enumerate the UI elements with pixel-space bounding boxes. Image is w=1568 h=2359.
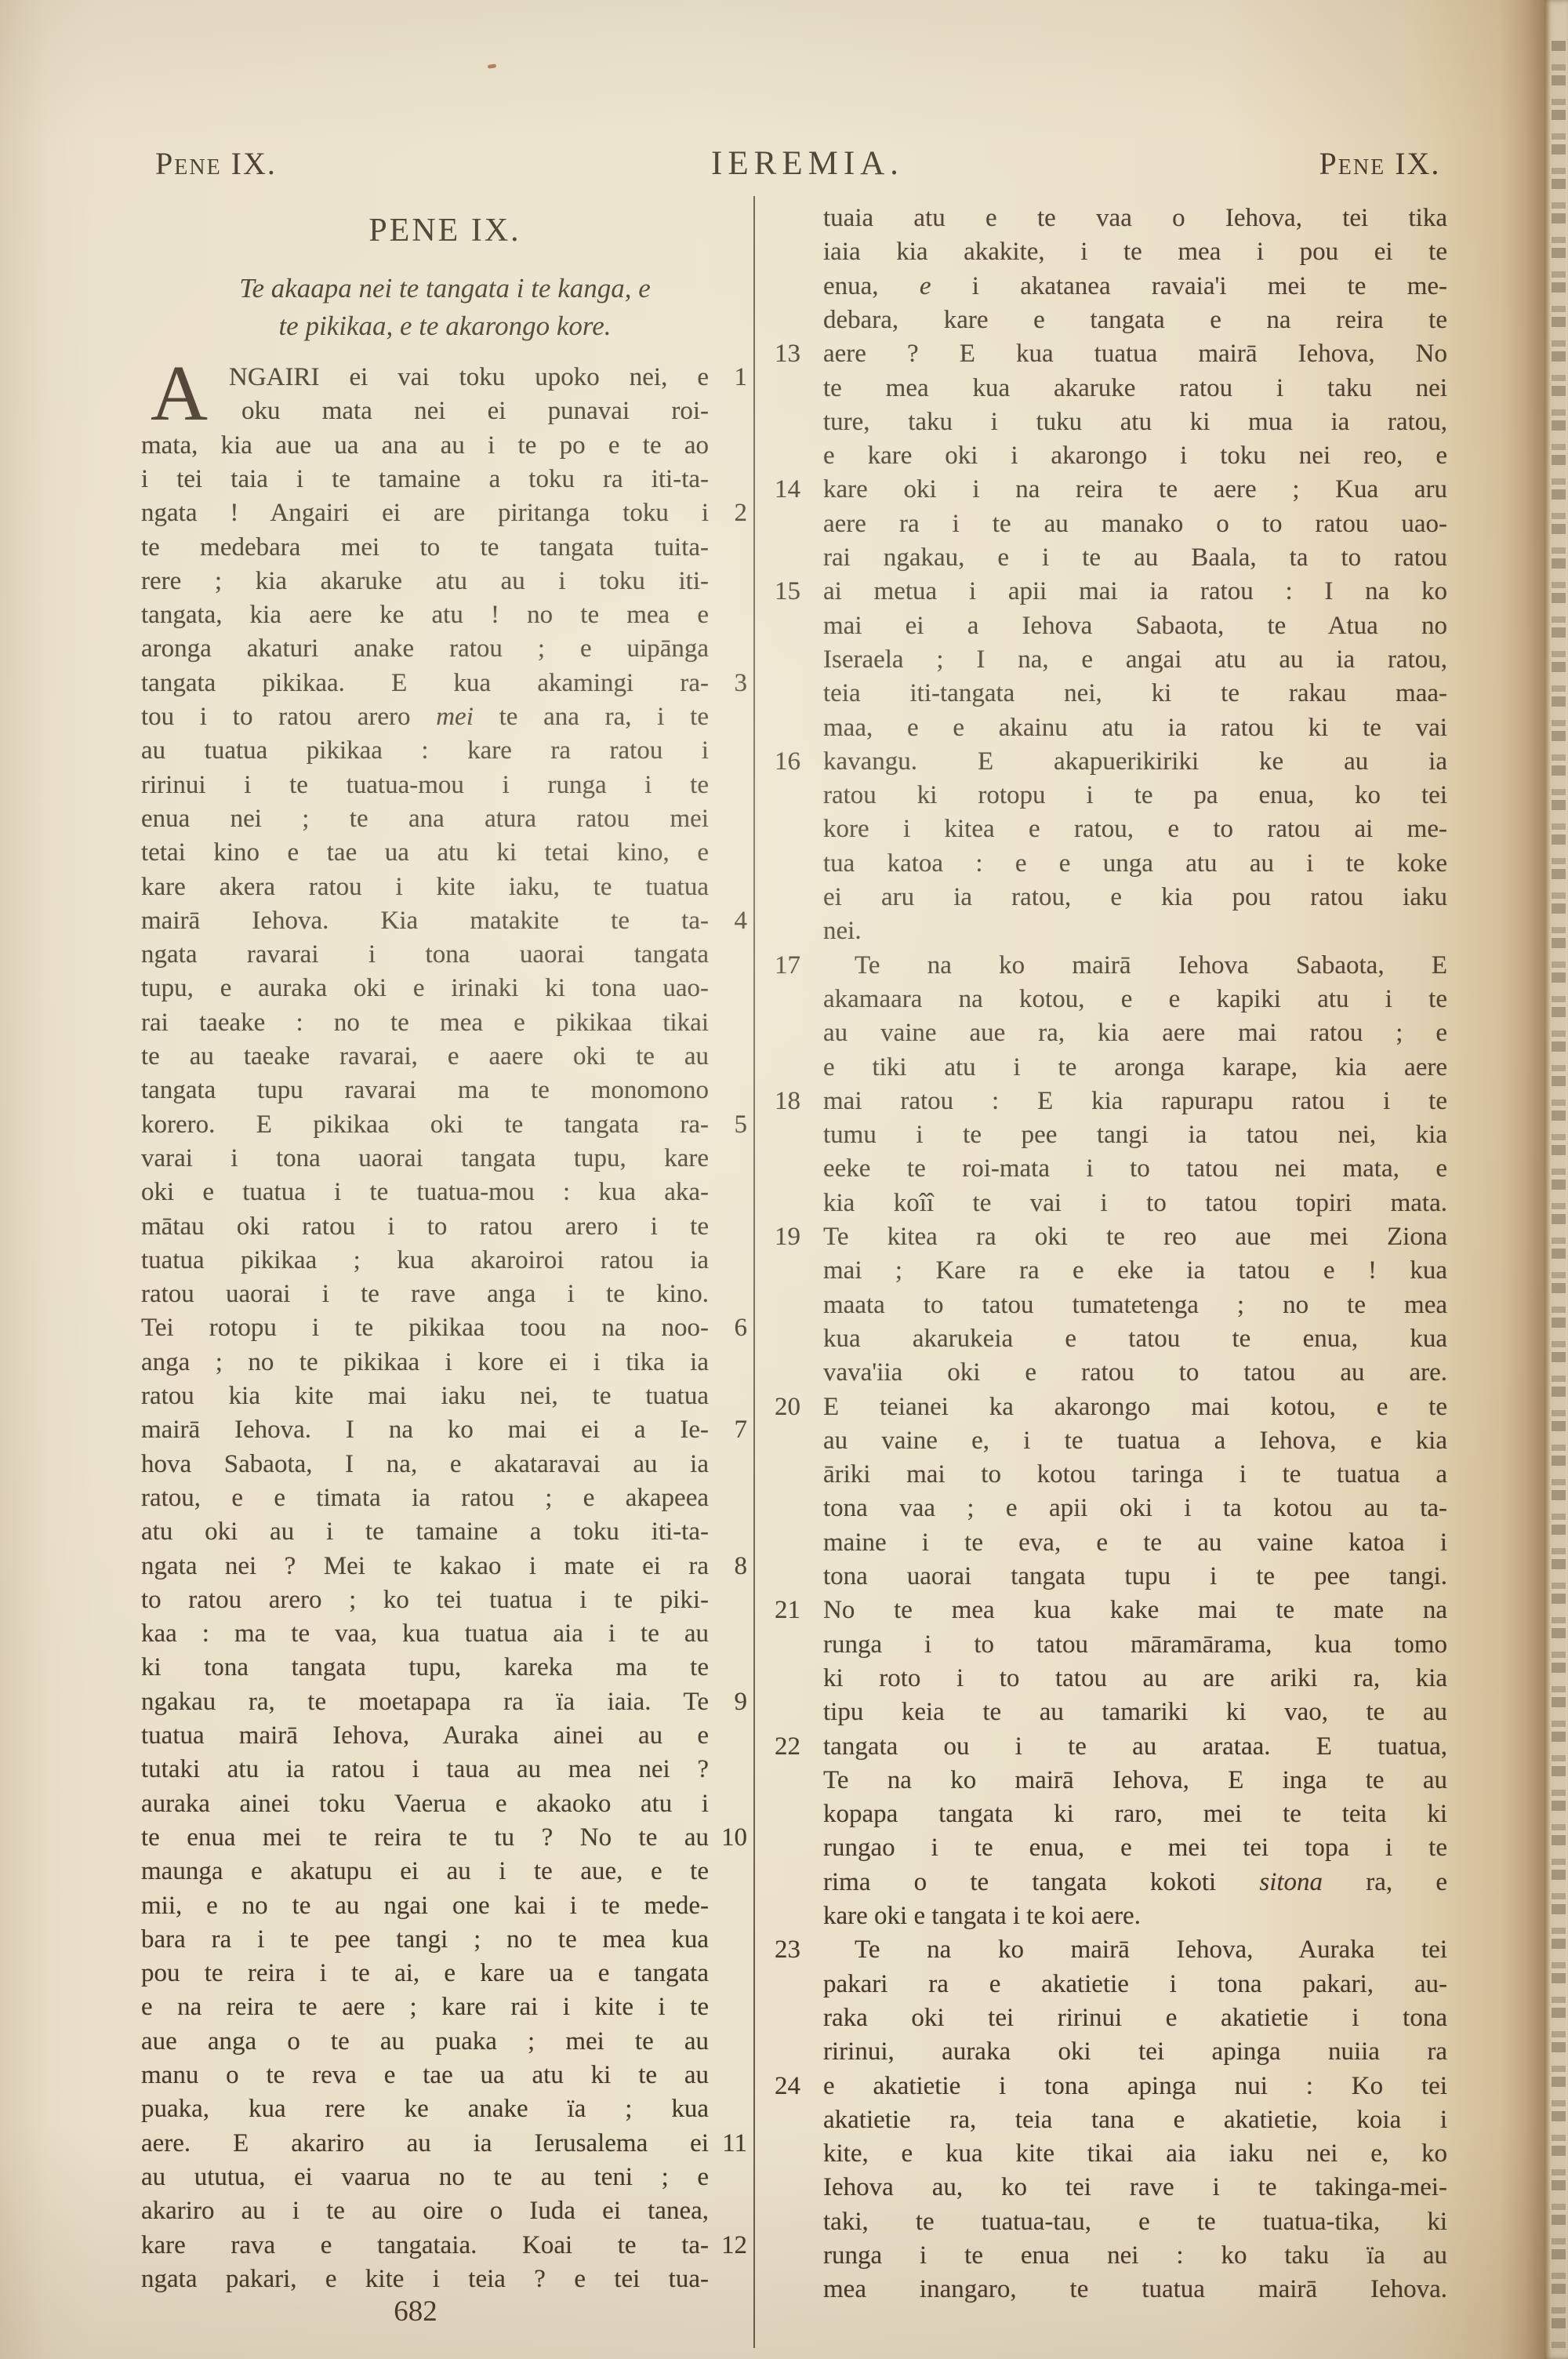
verse-text: akamaara na kotou, e e kapiki atu i te <box>823 983 1447 1016</box>
verse-text: kavangu. E akapuerikiriki ke au ia <box>823 745 1447 779</box>
verse-text: tumu i te pee tangi ia tatou nei, kia <box>823 1118 1447 1152</box>
paper-fleck <box>488 64 497 68</box>
text-line: akariro au i te au oire o Iuda ei tanea, <box>141 2194 749 2229</box>
verse-text: āriki mai to kotou taringa i te tuatua a <box>823 1458 1447 1492</box>
running-header-right: Pene IX. <box>1278 146 1482 182</box>
verse-text: rungao i te enua, e mei tei topa i te <box>823 1831 1447 1865</box>
verse-text: hova Sabaota, I na, e akataravai au ia <box>141 1448 709 1481</box>
verse-text: ngata pakari, e kite i teia ? e tei tua- <box>141 2263 709 2296</box>
text-line: ratou uaorai i te rave anga i te kino. <box>141 1278 749 1312</box>
page-curl-shadow <box>1499 0 1546 2359</box>
verse-text: mairā Iehova. I na ko mai ei a Ie- <box>141 1413 709 1447</box>
verse-text: ki tona tangata tupu, kareka ma te <box>141 1651 709 1685</box>
verse-text: oku mata nei ei punavai roi- <box>141 394 709 428</box>
verse-text: kore i kitea e ratou, e to ratou ai me- <box>823 812 1447 846</box>
text-line: tuaia atu e te vaa o Iehova, tei tika <box>775 202 1450 236</box>
text-line: tupu, e auraka oki e irinaki ki tona uao… <box>141 972 749 1006</box>
verse-text: oki e tuatua i te tuatua-mou : kua aka- <box>141 1176 709 1209</box>
text-line: 3tangata pikikaa. E kua akamingi ra- <box>141 667 749 701</box>
text-line: pakari ra e akatietie i tona pakari, au- <box>775 1968 1450 2002</box>
verse-number: 9 <box>735 1685 748 1719</box>
verse-number: 8 <box>735 1550 748 1583</box>
text-line: varai i tona uaorai tangata tupu, kare <box>141 1142 749 1176</box>
verse-text: pou te reira i te ai, e kare ua e tangat… <box>141 1957 709 1990</box>
verse-text: tona uaorai tangata tupu i te pee tangi. <box>823 1560 1447 1594</box>
verse-text: rai taeake : no te mea e pikikaa tikai <box>141 1006 709 1040</box>
text-line: āriki mai to kotou taringa i te tuatua a <box>775 1458 1450 1492</box>
verse-text: tona vaa ; e apii oki i ta kotou au ta- <box>823 1492 1447 1525</box>
text-line: 15ai metua i apii mai ia ratou : I na ko <box>775 575 1450 609</box>
verse-text: kare oki e tangata i te koi aere. <box>823 1899 1447 1933</box>
verse-text: Tei rotopu i te pikikaa toou na noo- <box>141 1311 709 1345</box>
text-line: ratou kia kite mai iaku nei, te tuatua <box>141 1379 749 1414</box>
text-line: tuatua pikikaa ; kua akaroiroi ratou ia <box>141 1244 749 1278</box>
verse-text: mairā Iehova. Kia matakite te ta- <box>141 904 709 938</box>
text-line: Iseraela ; I na, e angai atu au ia ratou… <box>775 643 1450 678</box>
verse-text: aronga akaturi anake ratou ; e uipānga <box>141 632 709 666</box>
verse-text: tutaki atu ia ratou i taua au mea nei ? <box>141 1753 709 1787</box>
verse-text: iaia kia akakite, i te mea i pou ei te <box>823 235 1447 269</box>
text-line: au tuatua pikikaa : kare ra ratou i <box>141 734 749 769</box>
verse-number: 11 <box>722 2127 747 2161</box>
text-line: 17Te na ko mairā Iehova Sabaota, E <box>775 949 1450 983</box>
text-line: ki tona tangata tupu, kareka ma te <box>141 1651 749 1685</box>
verse-text: ei aru ia ratou, e kia pou ratou iaku <box>823 881 1447 914</box>
text-line: 4mairā Iehova. Kia matakite te ta- <box>141 904 749 939</box>
text-line: ratou ki rotopu i te pa enua, ko tei <box>775 779 1450 813</box>
text-line: rai ngakau, e i te au Baala, ta to ratou <box>775 541 1450 576</box>
verse-text: No te mea kua kake mai te mate na <box>823 1594 1447 1627</box>
verse-text: te enua mei te reira te tu ? No te au <box>141 1821 709 1855</box>
text-line: kore i kitea e ratou, e to ratou ai me- <box>775 812 1450 847</box>
chapter-summary-line-2: te pikikaa, e te akarongo kore. <box>141 307 749 345</box>
verse-text: Te na ko mairā Iehova Sabaota, E <box>823 949 1447 983</box>
verse-number: 10 <box>721 1821 747 1855</box>
text-line: maunga e akatupu ei au i te aue, e te <box>141 1855 749 1889</box>
text-line: 8ngata nei ? Mei te kakao i mate ei ra <box>141 1550 749 1584</box>
verse-number: 7 <box>735 1413 748 1447</box>
verse-text: ratou, e e timata ia ratou ; e akapeea <box>141 1481 709 1515</box>
text-line: ki roto i to tatou au are ariki ra, kia <box>775 1662 1450 1696</box>
text-line: au ututua, ei vaarua no te au teni ; e <box>141 2161 749 2195</box>
verse-text: enua nei ; te ana atura ratou mei <box>141 802 709 836</box>
verse-number: 23 <box>775 1933 800 1967</box>
text-line: bara ra i te pee tangi ; no te mea kua <box>141 1923 749 1957</box>
verse-text: kare akera ratou i kite iaku, te tuatua <box>141 871 709 904</box>
verse-text: tangata ou i te au arataa. E tuatua, <box>823 1730 1447 1764</box>
verse-number: 20 <box>775 1390 800 1424</box>
text-line: e tiki atu i te aronga karape, kia aere <box>775 1051 1450 1085</box>
verse-text: Iseraela ; I na, e angai atu au ia ratou… <box>823 643 1447 677</box>
verse-text: Iehova au, ko tei rave i te takinga-mei- <box>823 2171 1447 2205</box>
text-line: tona vaa ; e apii oki i ta kotou au ta- <box>775 1492 1450 1526</box>
verse-text: auraka ainei toku Vaerua e akaoko atu i <box>141 1787 709 1821</box>
text-line: 13aere ? E kua tuatua mairā Iehova, No <box>775 337 1450 372</box>
scanned-book-page: Pene IX. IEREMIA. Pene IX. PENE IX. Te a… <box>0 0 1568 2359</box>
text-line: oki e tuatua i te tuatua-mou : kua aka- <box>141 1176 749 1210</box>
text-line: 18mai ratou : E kia rapurapu ratou i te <box>775 1085 1450 1119</box>
text-line: kaa : ma te vaa, kua tuatua aia i te au <box>141 1617 749 1652</box>
text-line: 21No te mea kua kake mai te mate na <box>775 1594 1450 1628</box>
text-line: mii, e no te au ngai one kai i te mede- <box>141 1889 749 1924</box>
verse-text: ngakau ra, te moetapapa ra ïa iaia. Te <box>141 1685 709 1719</box>
verse-text: aere. E akariro au ia Ierusalema ei <box>141 2127 709 2161</box>
verse-number: 18 <box>775 1085 800 1118</box>
text-line: atu oki au i te tamaine a toku iti-ta- <box>141 1515 749 1550</box>
verse-text: manu o te reva e tae ua atu ki te au <box>141 2059 709 2092</box>
verse-text: mea inangaro, te tuatua mairā Iehova. <box>823 2273 1447 2306</box>
running-header-left: Pene IX. <box>155 146 359 182</box>
verse-text: maa, e e akainu atu ia ratou ki te vai <box>823 711 1447 745</box>
text-line: vava'iia oki e ratou to tatou au are. <box>775 1356 1450 1390</box>
text-line: mata, kia aue ua ana au i te po e te ao <box>141 429 749 463</box>
verse-text: mātau oki ratou i to ratou arero i te <box>141 1210 709 1244</box>
verse-text: tou i to ratou arero mei te ana ra, i te <box>141 700 709 734</box>
verse-text: ririnui i te tuatua-mou i runga i te <box>141 769 709 802</box>
verse-number: 16 <box>775 745 800 779</box>
text-line: 12kare rava e tangataia. Koai te ta- <box>141 2229 749 2263</box>
text-line: maine i te eva, e te au vaine katoa i <box>775 1526 1450 1561</box>
verse-text: debara, kare e tangata e na reira te <box>823 304 1447 337</box>
text-line: ngata pakari, e kite i teia ? e tei tua- <box>141 2263 749 2297</box>
text-line: mai ei a Iehova Sabaota, te Atua no <box>775 609 1450 644</box>
verse-text: ngata nei ? Mei te kakao i mate ei ra <box>141 1550 709 1583</box>
next-page-text-fragments <box>1552 41 1566 2351</box>
verse-text: raka oki tei ririnui e akatietie i tona <box>823 2001 1447 2035</box>
text-line: puaka, kua rere ke anake ïa ; kua <box>141 2092 749 2127</box>
text-line: akatietie ra, teia tana e akatietie, koi… <box>775 2103 1450 2138</box>
verse-text: aere ? E kua tuatua mairā Iehova, No <box>823 337 1447 371</box>
text-line: ei aru ia ratou, e kia pou ratou iaku <box>775 881 1450 915</box>
text-line: kite, e kua kite tikai aia iaku nei e, k… <box>775 2137 1450 2172</box>
running-header-title: IEREMIA. <box>666 146 949 182</box>
verse-text: kaa : ma te vaa, kua tuatua aia i te au <box>141 1617 709 1651</box>
verse-text: ngata ! Angairi ei are piritanga toku i <box>141 496 709 530</box>
verse-text: varai i tona uaorai tangata tupu, kare <box>141 1142 709 1176</box>
text-line: debara, kare e tangata e na reira te <box>775 304 1450 338</box>
text-line: hova Sabaota, I na, e akataravai au ia <box>141 1448 749 1482</box>
verse-text: ai metua i apii mai ia ratou : I na ko <box>823 575 1447 609</box>
text-line: ririnui i te tuatua-mou i runga i te <box>141 769 749 803</box>
text-line: rai taeake : no te mea e pikikaa tikai <box>141 1006 749 1041</box>
verse-text: Te na ko mairā Iehova, Auraka tei <box>823 1933 1447 1967</box>
text-line: tipu keia te au tamariki ki vao, te au <box>775 1696 1450 1730</box>
verse-number: 12 <box>721 2229 747 2263</box>
verse-text: pakari ra e akatietie i tona pakari, au- <box>823 1968 1447 2001</box>
text-line: kua akarukeia e tatou te enua, kua <box>775 1322 1450 1357</box>
verse-number: 1 <box>735 361 748 394</box>
text-line: 5korero. E pikikaa oki te tangata ra- <box>141 1108 749 1143</box>
verse-text: kare rava e tangataia. Koai te ta- <box>141 2229 709 2263</box>
text-line: Te na ko mairā Iehova, E inga te au <box>775 1764 1450 1798</box>
right-text-column: tuaia atu e te vaa o Iehova, tei tikaiai… <box>775 202 1450 2319</box>
verse-text: kopapa tangata ki raro, mei te teita ki <box>823 1797 1447 1831</box>
text-line: tona uaorai tangata tupu i te pee tangi. <box>775 1560 1450 1594</box>
verse-number: 5 <box>735 1108 748 1142</box>
text-line: tangata tupu ravarai ma te monomono <box>141 1074 749 1108</box>
verse-number: 3 <box>735 667 748 700</box>
text-line: tangata, kia aere ke atu ! no te mea e <box>141 598 749 633</box>
verse-text: rima o te tangata kokoti sitona ra, e <box>823 1866 1447 1899</box>
verse-text: kua akarukeia e tatou te enua, kua <box>823 1322 1447 1356</box>
verse-text: ture, taku i tuku atu ki mua ia ratou, <box>823 405 1447 439</box>
page-number: 682 <box>141 2295 690 2328</box>
verse-text: rai ngakau, e i te au Baala, ta to ratou <box>823 541 1447 575</box>
verse-number: 22 <box>775 1730 800 1764</box>
verse-text: kia koîî te vai i to tatou topiri mata. <box>823 1187 1447 1220</box>
verse-number: 2 <box>735 496 748 530</box>
verse-text: enua, e i akatanea ravaia'i mei te me- <box>823 270 1447 304</box>
verse-text: mai ; Kare ra e eke ia tatou e ! kua <box>823 1254 1447 1288</box>
verse-text: bara ra i te pee tangi ; no te mea kua <box>141 1923 709 1957</box>
verse-text: te mea kua akaruke ratou i taku nei <box>823 372 1447 405</box>
verse-text: Te na ko mairā Iehova, E inga te au <box>823 1764 1447 1797</box>
verse-text: akatietie ra, teia tana e akatietie, koi… <box>823 2103 1447 2137</box>
text-line: rima o te tangata kokoti sitona ra, e <box>775 1866 1450 1900</box>
text-line: ngata ravarai i tona uaorai tangata <box>141 938 749 972</box>
verse-text: i tei taia i te tamaine a toku ra iti-ta… <box>141 463 709 496</box>
text-line: pou te reira i te ai, e kare ua e tangat… <box>141 1957 749 1991</box>
verse-text: mii, e no te au ngai one kai i te mede- <box>141 1889 709 1923</box>
verse-text: vava'iia oki e ratou to tatou au are. <box>823 1356 1447 1390</box>
text-line: maata to tatou tumatetenga ; no te mea <box>775 1289 1450 1323</box>
text-line: te mea kua akaruke ratou i taku nei <box>775 372 1450 406</box>
verse-text: tuatua pikikaa ; kua akaroiroi ratou ia <box>141 1244 709 1278</box>
verse-text: atu oki au i te tamaine a toku iti-ta- <box>141 1515 709 1549</box>
chapter-summary-line-1: Te akaapa nei te tangata i te kanga, e <box>141 270 749 307</box>
verse-text: nei. <box>823 914 1447 948</box>
verse-text: maunga e akatupu ei au i te aue, e te <box>141 1855 709 1888</box>
text-line: tutaki atu ia ratou i taua au mea nei ? <box>141 1753 749 1787</box>
text-line: enua nei ; te ana atura ratou mei <box>141 802 749 837</box>
chapter-summary: Te akaapa nei te tangata i te kanga, e t… <box>141 270 749 345</box>
text-line: akamaara na kotou, e e kapiki atu i te <box>775 983 1450 1017</box>
text-line: 24e akatietie i tona apinga nui : Ko tei <box>775 2070 1450 2104</box>
verse-text: Te kitea ra oki te reo aue mei Ziona <box>823 1220 1447 1254</box>
verse-text: ngata ravarai i tona uaorai tangata <box>141 938 709 972</box>
text-line: i tei taia i te tamaine a toku ra iti-ta… <box>141 463 749 497</box>
text-line: 2ngata ! Angairi ei are piritanga toku i <box>141 496 749 531</box>
verse-text: e kare oki i akarongo i toku nei reo, e <box>823 439 1447 473</box>
verse-text: tua katoa : e e unga atu au i te koke <box>823 847 1447 881</box>
text-line: rungao i te enua, e mei tei topa i te <box>775 1831 1450 1866</box>
text-line: runga i to tatou māramārama, kua tomo <box>775 1628 1450 1663</box>
text-line: 7mairā Iehova. I na ko mai ei a Ie- <box>141 1413 749 1448</box>
text-line: mea inangaro, te tuatua mairā Iehova. <box>775 2273 1450 2307</box>
text-line: kia koîî te vai i to tatou topiri mata. <box>775 1187 1450 1221</box>
text-line: ratou, e e timata ia ratou ; e akapeea <box>141 1481 749 1516</box>
text-line: aere ra i te au manako o to ratou uao- <box>775 507 1450 542</box>
text-line: 23Te na ko mairā Iehova, Auraka tei <box>775 1933 1450 1968</box>
verse-text: eeke te roi-mata i to tatou nei mata, e <box>823 1152 1447 1186</box>
text-line: maa, e e akainu atu ia ratou ki te vai <box>775 711 1450 746</box>
text-line: 22tangata ou i te au arataa. E tuatua, <box>775 1730 1450 1765</box>
verse-text: te au taeake ravarai, e aaere oki te au <box>141 1040 709 1074</box>
text-line: e kare oki i akarongo i toku nei reo, e <box>775 439 1450 474</box>
column-divider-rule <box>753 196 755 2348</box>
verse-text: aere ra i te au manako o to ratou uao- <box>823 507 1447 541</box>
text-line: au vaine aue ra, kia aere mai ratou ; e <box>775 1016 1450 1051</box>
text-line: 6Tei rotopu i te pikikaa toou na noo- <box>141 1311 749 1346</box>
text-line: 1NGAIRI ei vai toku upoko nei, e <box>141 361 749 395</box>
text-line: 11aere. E akariro au ia Ierusalema ei <box>141 2127 749 2161</box>
text-line: 16kavangu. E akapuerikiriki ke au ia <box>775 745 1450 780</box>
verse-text: ki roto i to tatou au are ariki ra, kia <box>823 1662 1447 1696</box>
verse-text: mai ei a Iehova Sabaota, te Atua no <box>823 609 1447 643</box>
verse-text: au tuatua pikikaa : kare ra ratou i <box>141 734 709 768</box>
text-line: tetai kino e tae ua atu ki tetai kino, e <box>141 836 749 871</box>
verse-text: korero. E pikikaa oki te tangata ra- <box>141 1108 709 1142</box>
text-line: nei. <box>775 914 1450 949</box>
left-text-column: 1NGAIRI ei vai toku upoko nei, eoku mata… <box>141 361 749 2321</box>
verse-text: rere ; kia akaruke atu au i toku iti- <box>141 565 709 598</box>
text-line: e na reira te aere ; kare rai i kite i t… <box>141 1990 749 2025</box>
verse-text: ratou uaorai i te rave anga i te kino. <box>141 1278 709 1311</box>
text-line: eeke te roi-mata i to tatou nei mata, e <box>775 1152 1450 1187</box>
text-line: oku mata nei ei punavai roi- <box>141 394 749 429</box>
text-line: ture, taku i tuku atu ki mua ia ratou, <box>775 405 1450 440</box>
text-line: auraka ainei toku Vaerua e akaoko atu i <box>141 1787 749 1822</box>
text-line: ririnui, auraka oki tei apinga nuiia ra <box>775 2035 1450 2070</box>
verse-text: tupu, e auraka oki e irinaki ki tona uao… <box>141 972 709 1005</box>
text-line: Iehova au, ko tei rave i te takinga-mei- <box>775 2171 1450 2205</box>
verse-text: ratou ki rotopu i te pa enua, ko tei <box>823 779 1447 812</box>
text-line: kare akera ratou i kite iaku, te tuatua <box>141 871 749 905</box>
text-line: manu o te reva e tae ua atu ki te au <box>141 2059 749 2093</box>
text-line: au vaine e, i te tuatua a Iehova, e kia <box>775 1424 1450 1459</box>
next-page-edge <box>1544 0 1568 2359</box>
text-line: aronga akaturi anake ratou ; e uipānga <box>141 632 749 667</box>
text-line: rere ; kia akaruke atu au i toku iti- <box>141 565 749 599</box>
text-line: enua, e i akatanea ravaia'i mei te me- <box>775 270 1450 304</box>
text-line: kare oki e tangata i te koi aere. <box>775 1899 1450 1934</box>
text-line: tumu i te pee tangi ia tatou nei, kia <box>775 1118 1450 1153</box>
text-line: te medebara mei to te tangata tuita- <box>141 531 749 565</box>
text-line: 14kare oki i na reira te aere ; Kua aru <box>775 473 1450 507</box>
verse-text: puaka, kua rere ke anake ïa ; kua <box>141 2092 709 2126</box>
text-line: kopapa tangata ki raro, mei te teita ki <box>775 1797 1450 1832</box>
verse-text: aue anga o te au puaka ; mei te au <box>141 2025 709 2059</box>
verse-text: teia iti-tangata nei, ki te rakau maa- <box>823 677 1447 711</box>
text-line: anga ; no te pikikaa i kore ei i tika ia <box>141 1346 749 1380</box>
verse-number: 24 <box>775 2070 800 2103</box>
text-line: taki, te tuatua-tau, e te tuatua-tika, k… <box>775 2205 1450 2240</box>
verse-text: mai ratou : E kia rapurapu ratou i te <box>823 1085 1447 1118</box>
text-line: aue anga o te au puaka ; mei te au <box>141 2025 749 2059</box>
verse-text: tuaia atu e te vaa o Iehova, tei tika <box>823 202 1447 235</box>
verse-text: tetai kino e tae ua atu ki tetai kino, e <box>141 836 709 870</box>
text-line: 9ngakau ra, te moetapapa ra ïa iaia. Te <box>141 1685 749 1720</box>
verse-number: 13 <box>775 337 800 371</box>
running-header: Pene IX. IEREMIA. Pene IX. <box>0 146 1537 185</box>
text-line: te au taeake ravarai, e aaere oki te au <box>141 1040 749 1074</box>
verse-text: to ratou arero ; ko tei tuatua i te piki… <box>141 1583 709 1617</box>
verse-text: tangata tupu ravarai ma te monomono <box>141 1074 709 1107</box>
verse-text: NGAIRI ei vai toku upoko nei, e <box>141 361 709 394</box>
verse-text: E teianei ka akarongo mai kotou, e te <box>823 1390 1447 1424</box>
verse-text: tipu keia te au tamariki ki vao, te au <box>823 1696 1447 1729</box>
text-line: mātau oki ratou i to ratou arero i te <box>141 1210 749 1245</box>
verse-text: ririnui, auraka oki tei apinga nuiia ra <box>823 2035 1447 2069</box>
verse-text: tangata, kia aere ke atu ! no te mea e <box>141 598 709 632</box>
verse-text: anga ; no te pikikaa i kore ei i tika ia <box>141 1346 709 1379</box>
text-line: tua katoa : e e unga atu au i te koke <box>775 847 1450 881</box>
verse-text: tuatua mairā Iehova, Auraka ainei au e <box>141 1719 709 1753</box>
verse-text: akariro au i te au oire o Iuda ei tanea, <box>141 2194 709 2228</box>
verse-number: 15 <box>775 575 800 609</box>
text-line: mai ; Kare ra e eke ia tatou e ! kua <box>775 1254 1450 1289</box>
text-line: 19Te kitea ra oki te reo aue mei Ziona <box>775 1220 1450 1255</box>
verse-text: kare oki i na reira te aere ; Kua aru <box>823 473 1447 507</box>
verse-text: mata, kia aue ua ana au i te po e te ao <box>141 429 709 463</box>
verse-text: kite, e kua kite tikai aia iaku nei e, k… <box>823 2137 1447 2171</box>
text-line: 20E teianei ka akarongo mai kotou, e te <box>775 1390 1450 1425</box>
verse-text: runga i to tatou māramārama, kua tomo <box>823 1628 1447 1662</box>
verse-text: te medebara mei to te tangata tuita- <box>141 531 709 565</box>
text-line: to ratou arero ; ko tei tuatua i te piki… <box>141 1583 749 1618</box>
verse-number: 21 <box>775 1594 800 1627</box>
verse-text: maine i te eva, e te au vaine katoa i <box>823 1526 1447 1560</box>
text-line: runga i te enua nei : ko taku ïa au <box>775 2239 1450 2274</box>
verse-number: 6 <box>735 1311 748 1345</box>
verse-number: 14 <box>775 473 800 507</box>
verse-text: au ututua, ei vaarua no te au teni ; e <box>141 2161 709 2194</box>
text-line: tuatua mairā Iehova, Auraka ainei au e <box>141 1719 749 1754</box>
verse-text: maata to tatou tumatetenga ; no te mea <box>823 1289 1447 1322</box>
verse-text: au vaine e, i te tuatua a Iehova, e kia <box>823 1424 1447 1458</box>
text-line: 10te enua mei te reira te tu ? No te au <box>141 1821 749 1856</box>
text-line: tou i to ratou arero mei te ana ra, i te <box>141 700 749 735</box>
verse-text: tangata pikikaa. E kua akamingi ra- <box>141 667 709 700</box>
text-line: teia iti-tangata nei, ki te rakau maa- <box>775 677 1450 711</box>
verse-number: 17 <box>775 949 800 983</box>
verse-text: runga i te enua nei : ko taku ïa au <box>823 2239 1447 2273</box>
chapter-heading: PENE IX. <box>141 212 749 249</box>
verse-text: e na reira te aere ; kare rai i kite i t… <box>141 1990 709 2024</box>
verse-text: e tiki atu i te aronga karape, kia aere <box>823 1051 1447 1085</box>
verse-text: taki, te tuatua-tau, e te tuatua-tika, k… <box>823 2205 1447 2239</box>
verse-number: 19 <box>775 1220 800 1254</box>
verse-text: au vaine aue ra, kia aere mai ratou ; e <box>823 1016 1447 1050</box>
verse-text: e akatietie i tona apinga nui : Ko tei <box>823 2070 1447 2103</box>
verse-number: 4 <box>735 904 748 938</box>
verse-text: ratou kia kite mai iaku nei, te tuatua <box>141 1379 709 1413</box>
text-line: raka oki tei ririnui e akatietie i tona <box>775 2001 1450 2036</box>
text-line: iaia kia akakite, i te mea i pou ei te <box>775 235 1450 270</box>
